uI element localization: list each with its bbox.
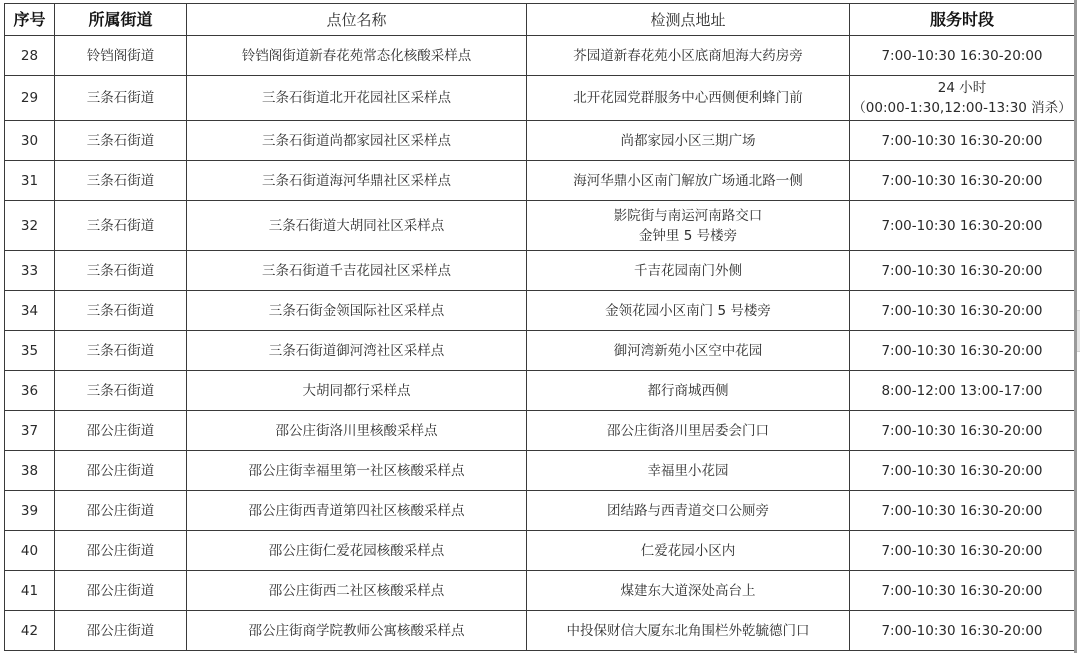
cell-index: 35: [5, 331, 55, 371]
cell-service-hours: 7:00-10:30 16:30-20:00: [850, 571, 1075, 611]
cell-index: 29: [5, 76, 55, 121]
table-row: 39邵公庄街道邵公庄街西青道第四社区核酸采样点团结路与西青道交口公厕旁7:00-…: [5, 491, 1075, 531]
cell-address: 影院街与南运河南路交口金钟里 5 号楼旁: [527, 201, 850, 251]
hours-line: 7:00-10:30 16:30-20:00: [850, 621, 1074, 641]
cell-street: 铃铛阁街道: [55, 36, 187, 76]
cell-address: 邵公庄街洛川里居委会门口: [527, 411, 850, 451]
cell-street: 三条石街道: [55, 201, 187, 251]
cell-street: 三条石街道: [55, 291, 187, 331]
cell-site-name: 三条石街金领国际社区采样点: [187, 291, 527, 331]
cell-street: 三条石街道: [55, 331, 187, 371]
cell-index: 36: [5, 371, 55, 411]
address-line: 金钟里 5 号楼旁: [527, 226, 849, 246]
cell-street: 邵公庄街道: [55, 531, 187, 571]
cell-street: 三条石街道: [55, 371, 187, 411]
cell-service-hours: 7:00-10:30 16:30-20:00: [850, 331, 1075, 371]
cell-index: 38: [5, 451, 55, 491]
cell-service-hours: 7:00-10:30 16:30-20:00: [850, 36, 1075, 76]
cell-site-name: 邵公庄街幸福里第一社区核酸采样点: [187, 451, 527, 491]
cell-site-name: 邵公庄街西二社区核酸采样点: [187, 571, 527, 611]
cell-street: 三条石街道: [55, 161, 187, 201]
hours-line: 7:00-10:30 16:30-20:00: [850, 501, 1074, 521]
address-line: 仁爱花园小区内: [527, 541, 849, 561]
cell-service-hours: 24 小时（00:00-1:30,12:00-13:30 消杀）: [850, 76, 1075, 121]
header-address: 检测点地址: [527, 4, 850, 36]
address-line: 尚都家园小区三期广场: [527, 131, 849, 151]
address-line: 海河华鼎小区南门解放广场通北路一侧: [527, 171, 849, 191]
hours-line: 7:00-10:30 16:30-20:00: [850, 341, 1074, 361]
table-row: 36三条石街道大胡同都行采样点都行商城西侧8:00-12:00 13:00-17…: [5, 371, 1075, 411]
table-row: 30三条石街道三条石街道尚都家园社区采样点尚都家园小区三期广场7:00-10:3…: [5, 121, 1075, 161]
cell-site-name: 邵公庄街西青道第四社区核酸采样点: [187, 491, 527, 531]
cell-address: 御河湾新苑小区空中花园: [527, 331, 850, 371]
cell-service-hours: 7:00-10:30 16:30-20:00: [850, 161, 1075, 201]
hours-line: 24 小时: [850, 78, 1074, 98]
cell-index: 39: [5, 491, 55, 531]
cell-street: 三条石街道: [55, 251, 187, 291]
cell-index: 37: [5, 411, 55, 451]
hours-line: 7:00-10:30 16:30-20:00: [850, 216, 1074, 236]
header-index: 序号: [5, 4, 55, 36]
cell-site-name: 三条石街道北开花园社区采样点: [187, 76, 527, 121]
hours-line: 7:00-10:30 16:30-20:00: [850, 461, 1074, 481]
cell-address: 千吉花园南门外侧: [527, 251, 850, 291]
hours-line: 7:00-10:30 16:30-20:00: [850, 131, 1074, 151]
address-line: 煤建东大道深处高台上: [527, 581, 849, 601]
cell-street: 邵公庄街道: [55, 491, 187, 531]
header-service-hours: 服务时段: [850, 4, 1075, 36]
hours-line: 7:00-10:30 16:30-20:00: [850, 581, 1074, 601]
cell-site-name: 三条石街道千吉花园社区采样点: [187, 251, 527, 291]
cell-address: 北开花园党群服务中心西侧便利蜂门前: [527, 76, 850, 121]
cell-index: 34: [5, 291, 55, 331]
cell-service-hours: 7:00-10:30 16:30-20:00: [850, 491, 1075, 531]
cell-index: 40: [5, 531, 55, 571]
cell-service-hours: 7:00-10:30 16:30-20:00: [850, 121, 1075, 161]
cell-site-name: 邵公庄街仁爱花园核酸采样点: [187, 531, 527, 571]
cell-index: 31: [5, 161, 55, 201]
cell-service-hours: 7:00-10:30 16:30-20:00: [850, 531, 1075, 571]
address-line: 邵公庄街洛川里居委会门口: [527, 421, 849, 441]
table-row: 35三条石街道三条石街道御河湾社区采样点御河湾新苑小区空中花园7:00-10:3…: [5, 331, 1075, 371]
cell-address: 幸福里小花园: [527, 451, 850, 491]
cell-street: 邵公庄街道: [55, 451, 187, 491]
address-line: 御河湾新苑小区空中花园: [527, 341, 849, 361]
cell-site-name: 三条石街道大胡同社区采样点: [187, 201, 527, 251]
cell-index: 32: [5, 201, 55, 251]
hours-line: 8:00-12:00 13:00-17:00: [850, 381, 1074, 401]
hours-line: 7:00-10:30 16:30-20:00: [850, 301, 1074, 321]
cell-service-hours: 7:00-10:30 16:30-20:00: [850, 411, 1075, 451]
hours-line: 7:00-10:30 16:30-20:00: [850, 171, 1074, 191]
cell-site-name: 铃铛阁街道新春花苑常态化核酸采样点: [187, 36, 527, 76]
cell-service-hours: 7:00-10:30 16:30-20:00: [850, 251, 1075, 291]
cell-service-hours: 8:00-12:00 13:00-17:00: [850, 371, 1075, 411]
table-row: 29三条石街道三条石街道北开花园社区采样点北开花园党群服务中心西侧便利蜂门前24…: [5, 76, 1075, 121]
address-line: 幸福里小花园: [527, 461, 849, 481]
testing-sites-table: 序号 所属街道 点位名称 检测点地址 服务时段 28铃铛阁街道铃铛阁街道新春花苑…: [4, 3, 1075, 651]
table-row: 28铃铛阁街道铃铛阁街道新春花苑常态化核酸采样点芥园道新春花苑小区底商旭海大药房…: [5, 36, 1075, 76]
cell-service-hours: 7:00-10:30 16:30-20:00: [850, 291, 1075, 331]
cell-street: 邵公庄街道: [55, 411, 187, 451]
table-row: 37邵公庄街道邵公庄街洛川里核酸采样点邵公庄街洛川里居委会门口7:00-10:3…: [5, 411, 1075, 451]
cell-index: 33: [5, 251, 55, 291]
cell-street: 邵公庄街道: [55, 611, 187, 651]
table-row: 31三条石街道三条石街道海河华鼎社区采样点海河华鼎小区南门解放广场通北路一侧7:…: [5, 161, 1075, 201]
cell-site-name: 三条石街道海河华鼎社区采样点: [187, 161, 527, 201]
address-line: 中投保财信大厦东北角围栏外乾毓德门口: [527, 621, 849, 641]
hours-line: （00:00-1:30,12:00-13:30 消杀）: [850, 98, 1074, 118]
address-line: 芥园道新春花苑小区底商旭海大药房旁: [527, 46, 849, 66]
cell-address: 中投保财信大厦东北角围栏外乾毓德门口: [527, 611, 850, 651]
hours-line: 7:00-10:30 16:30-20:00: [850, 541, 1074, 561]
address-line: 团结路与西青道交口公厕旁: [527, 501, 849, 521]
hours-line: 7:00-10:30 16:30-20:00: [850, 421, 1074, 441]
table-row: 40邵公庄街道邵公庄街仁爱花园核酸采样点仁爱花园小区内7:00-10:30 16…: [5, 531, 1075, 571]
table-row: 34三条石街道三条石街金领国际社区采样点金领花园小区南门 5 号楼旁7:00-1…: [5, 291, 1075, 331]
address-line: 千吉花园南门外侧: [527, 261, 849, 281]
address-line: 北开花园党群服务中心西侧便利蜂门前: [527, 88, 849, 108]
table-row: 38邵公庄街道邵公庄街幸福里第一社区核酸采样点幸福里小花园7:00-10:30 …: [5, 451, 1075, 491]
table-row: 42邵公庄街道邵公庄街商学院教师公寓核酸采样点中投保财信大厦东北角围栏外乾毓德门…: [5, 611, 1075, 651]
cell-index: 41: [5, 571, 55, 611]
address-line: 金领花园小区南门 5 号楼旁: [527, 301, 849, 321]
table-row: 32三条石街道三条石街道大胡同社区采样点影院街与南运河南路交口金钟里 5 号楼旁…: [5, 201, 1075, 251]
cell-site-name: 三条石街道尚都家园社区采样点: [187, 121, 527, 161]
cell-site-name: 大胡同都行采样点: [187, 371, 527, 411]
cell-address: 芥园道新春花苑小区底商旭海大药房旁: [527, 36, 850, 76]
table-row: 33三条石街道三条石街道千吉花园社区采样点千吉花园南门外侧7:00-10:30 …: [5, 251, 1075, 291]
cell-address: 煤建东大道深处高台上: [527, 571, 850, 611]
cell-street: 邵公庄街道: [55, 571, 187, 611]
cell-address: 海河华鼎小区南门解放广场通北路一侧: [527, 161, 850, 201]
cell-service-hours: 7:00-10:30 16:30-20:00: [850, 611, 1075, 651]
header-site-name: 点位名称: [187, 4, 527, 36]
cell-address: 都行商城西侧: [527, 371, 850, 411]
cell-index: 28: [5, 36, 55, 76]
cell-service-hours: 7:00-10:30 16:30-20:00: [850, 451, 1075, 491]
cell-service-hours: 7:00-10:30 16:30-20:00: [850, 201, 1075, 251]
header-row: 序号 所属街道 点位名称 检测点地址 服务时段: [5, 4, 1075, 36]
cell-site-name: 三条石街道御河湾社区采样点: [187, 331, 527, 371]
cell-site-name: 邵公庄街商学院教师公寓核酸采样点: [187, 611, 527, 651]
address-line: 都行商城西侧: [527, 381, 849, 401]
cell-address: 尚都家园小区三期广场: [527, 121, 850, 161]
cell-address: 团结路与西青道交口公厕旁: [527, 491, 850, 531]
hours-line: 7:00-10:30 16:30-20:00: [850, 46, 1074, 66]
cell-index: 42: [5, 611, 55, 651]
hours-line: 7:00-10:30 16:30-20:00: [850, 261, 1074, 281]
cell-address: 金领花园小区南门 5 号楼旁: [527, 291, 850, 331]
cell-index: 30: [5, 121, 55, 161]
table-row: 41邵公庄街道邵公庄街西二社区核酸采样点煤建东大道深处高台上7:00-10:30…: [5, 571, 1075, 611]
header-street: 所属街道: [55, 4, 187, 36]
cell-street: 三条石街道: [55, 76, 187, 121]
address-line: 影院街与南运河南路交口: [527, 206, 849, 226]
cell-street: 三条石街道: [55, 121, 187, 161]
cell-site-name: 邵公庄街洛川里核酸采样点: [187, 411, 527, 451]
cell-address: 仁爱花园小区内: [527, 531, 850, 571]
